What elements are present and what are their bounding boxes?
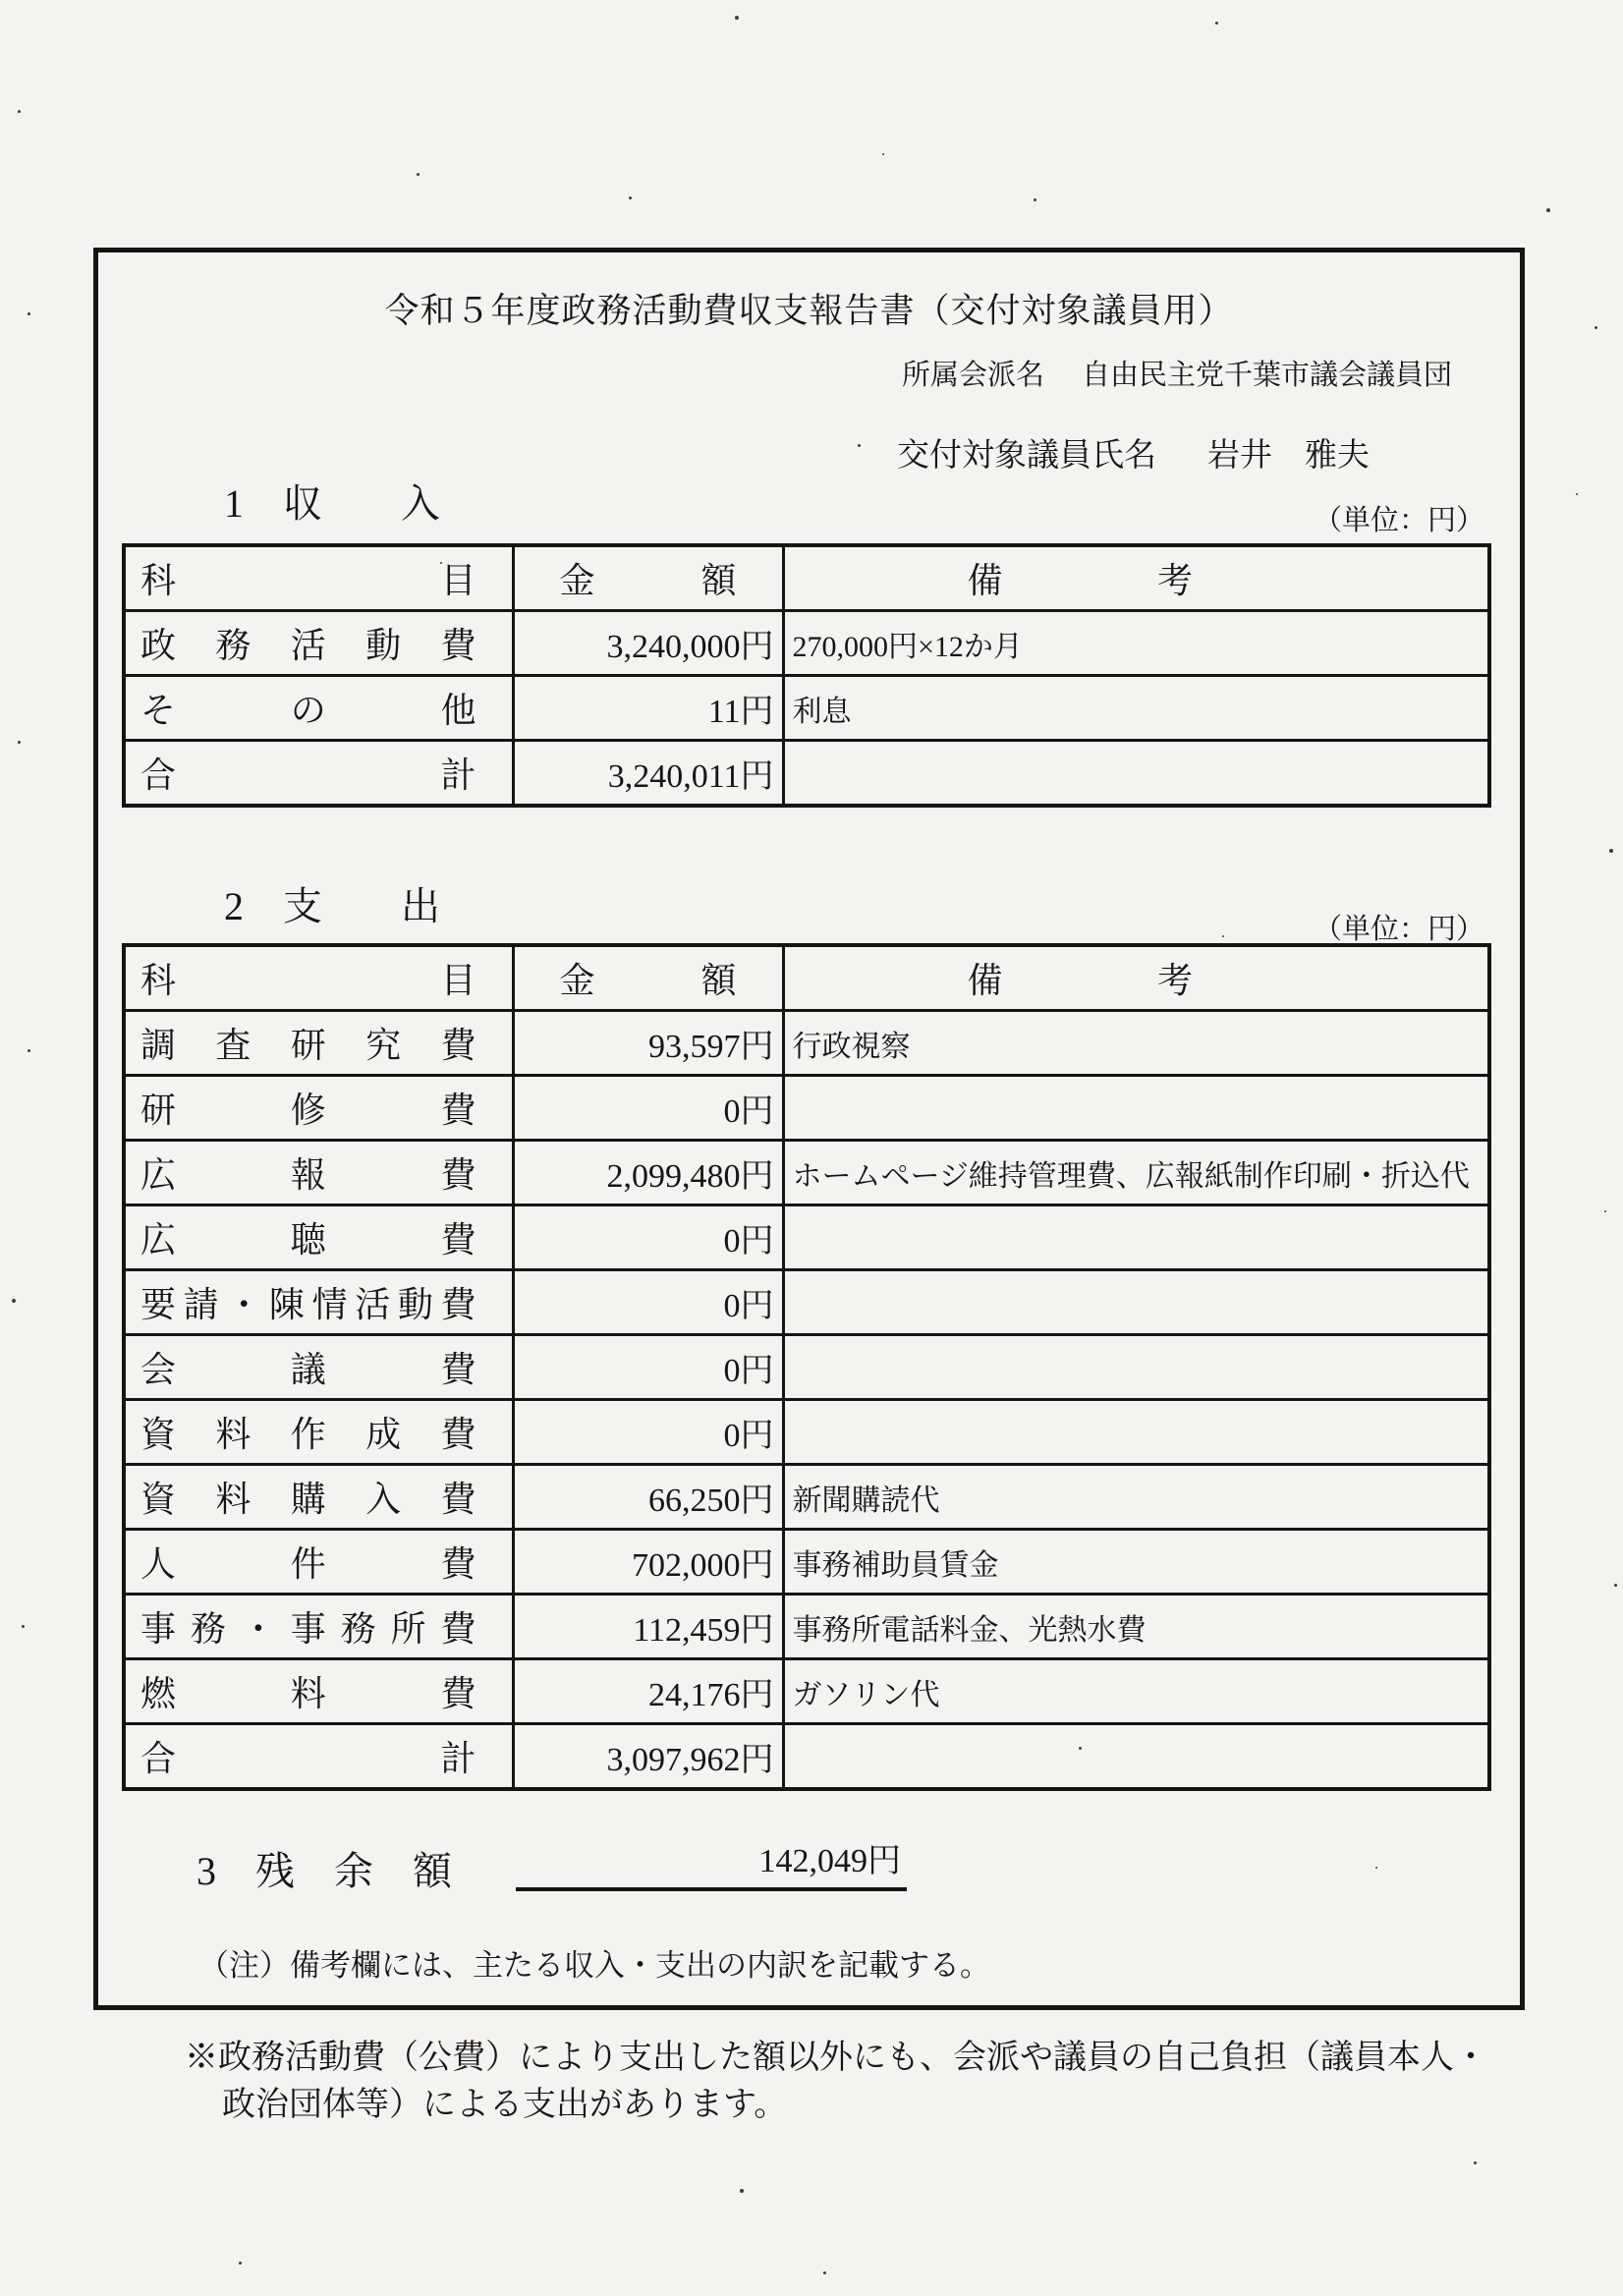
expense-row-item: 燃料費 bbox=[124, 1659, 513, 1724]
table-row: 要請・陳情活動費 0円 bbox=[124, 1270, 1489, 1335]
remainder-value: 142,049円 bbox=[516, 1836, 907, 1891]
table-row: 会議費 0円 bbox=[124, 1335, 1489, 1400]
income-row-note: 利息 bbox=[783, 676, 1489, 741]
table-row: 広聴費 0円 bbox=[124, 1205, 1489, 1270]
expense-row-amount: 2,099,480円 bbox=[513, 1141, 783, 1205]
table-row: 合計 3,240,011円 bbox=[124, 741, 1489, 807]
expense-row-note bbox=[783, 1335, 1489, 1400]
expense-row-note: 新聞購読代 bbox=[783, 1465, 1489, 1530]
report-title: 令和５年度政務活動費収支報告書（交付対象議員用） bbox=[98, 284, 1520, 333]
expense-row-amount: 24,176円 bbox=[513, 1659, 783, 1724]
table-row: 研修費 0円 bbox=[124, 1076, 1489, 1141]
income-header-row: 科目 金額 備考 bbox=[124, 545, 1489, 611]
report-border-box: 令和５年度政務活動費収支報告書（交付対象議員用） 所属会派名 自由民主党千葉市議… bbox=[93, 248, 1525, 2010]
expense-row-item: 資料作成費 bbox=[124, 1400, 513, 1465]
expense-row-note bbox=[783, 1270, 1489, 1335]
expense-row-item: 調査研究費 bbox=[124, 1011, 513, 1076]
section-heading-income: 1 収 入 bbox=[224, 473, 440, 529]
faction-line: 所属会派名 自由民主党千葉市議会議員団 bbox=[902, 353, 1452, 393]
expense-row-note bbox=[783, 1400, 1489, 1465]
expense-row-item: 人件費 bbox=[124, 1530, 513, 1595]
income-row-item: 合計 bbox=[124, 741, 513, 807]
income-table: 科目 金額 備考 政務活動費 3,240,000円 270,000円×12か月 … bbox=[122, 543, 1491, 808]
expense-row-amount: 702,000円 bbox=[513, 1530, 783, 1595]
income-row-note: 270,000円×12か月 bbox=[783, 611, 1489, 676]
member-line: 交付対象議員氏名 岩井 雅夫 bbox=[897, 429, 1370, 476]
expense-row-item: 資料購入費 bbox=[124, 1465, 513, 1530]
expense-row-item: 広報費 bbox=[124, 1141, 513, 1205]
member-label: 交付対象議員氏名 bbox=[897, 429, 1156, 476]
table-row: 合計 3,097,962円 bbox=[124, 1724, 1489, 1790]
expense-row-item: 研修費 bbox=[124, 1076, 513, 1141]
expense-row-amount: 0円 bbox=[513, 1205, 783, 1270]
section-heading-remainder: 3 残 余 額 bbox=[196, 1840, 452, 1896]
income-row-amount: 3,240,000円 bbox=[513, 611, 783, 676]
expense-table: 科目 金額 備考 調査研究費 93,597円 行政視察 研修費 0円 広報費 2… bbox=[122, 943, 1491, 1791]
expense-row-item: 広聴費 bbox=[124, 1205, 513, 1270]
footnote-line-2: 政治団体等）による支出があります。 bbox=[222, 2077, 787, 2125]
expense-row-amount: 0円 bbox=[513, 1335, 783, 1400]
expense-row-item: 合計 bbox=[124, 1724, 513, 1790]
expense-row-amount: 3,097,962円 bbox=[513, 1724, 783, 1790]
income-row-amount: 3,240,011円 bbox=[513, 741, 783, 807]
expense-col-header-amount: 金額 bbox=[513, 945, 783, 1011]
table-row: 人件費 702,000円 事務補助員賃金 bbox=[124, 1530, 1489, 1595]
table-row: その他 11円 利息 bbox=[124, 676, 1489, 741]
member-value: 岩井 雅夫 bbox=[1207, 429, 1370, 476]
expense-row-note: ガソリン代 bbox=[783, 1659, 1489, 1724]
expense-col-header-item: 科目 bbox=[124, 945, 513, 1011]
expense-row-note: 行政視察 bbox=[783, 1011, 1489, 1076]
expense-row-amount: 93,597円 bbox=[513, 1011, 783, 1076]
expense-row-note: 事務所電話料金、光熱水費 bbox=[783, 1595, 1489, 1659]
inner-note: （注）備考欄には、主たる収入・支出の内訳を記載する。 bbox=[198, 1940, 990, 1985]
table-row: 広報費 2,099,480円 ホームページ維持管理費、広報紙制作印刷・折込代 bbox=[124, 1141, 1489, 1205]
expense-row-amount: 0円 bbox=[513, 1270, 783, 1335]
unit-note-income: （単位：円） bbox=[1314, 498, 1484, 538]
expense-row-amount: 0円 bbox=[513, 1076, 783, 1141]
scanned-report-page: { "colors": { "ink": "#161616", "paper":… bbox=[0, 0, 1623, 2296]
expense-row-item: 会議費 bbox=[124, 1335, 513, 1400]
faction-label: 所属会派名 bbox=[902, 353, 1044, 393]
expense-header-row: 科目 金額 備考 bbox=[124, 945, 1489, 1011]
expense-row-note bbox=[783, 1076, 1489, 1141]
unit-note-expense: （単位：円） bbox=[1314, 907, 1484, 947]
table-row: 燃料費 24,176円 ガソリン代 bbox=[124, 1659, 1489, 1724]
expense-row-item: 要請・陳情活動費 bbox=[124, 1270, 513, 1335]
income-col-header-item: 科目 bbox=[124, 545, 513, 611]
expense-row-note bbox=[783, 1205, 1489, 1270]
table-row: 調査研究費 93,597円 行政視察 bbox=[124, 1011, 1489, 1076]
expense-row-amount: 112,459円 bbox=[513, 1595, 783, 1659]
expense-row-amount: 0円 bbox=[513, 1400, 783, 1465]
expense-row-note bbox=[783, 1724, 1489, 1790]
income-row-item: その他 bbox=[124, 676, 513, 741]
expense-row-note: ホームページ維持管理費、広報紙制作印刷・折込代 bbox=[783, 1141, 1489, 1205]
footnote-line-1: ※政務活動費（公費）により支出した額以外にも、会派や議員の自己負担（議員本人・ bbox=[185, 2030, 1487, 2078]
income-col-header-amount: 金額 bbox=[513, 545, 783, 611]
income-row-note bbox=[783, 741, 1489, 807]
table-row: 資料作成費 0円 bbox=[124, 1400, 1489, 1465]
expense-row-item: 事務・事務所費 bbox=[124, 1595, 513, 1659]
expense-row-note: 事務補助員賃金 bbox=[783, 1530, 1489, 1595]
table-row: 政務活動費 3,240,000円 270,000円×12か月 bbox=[124, 611, 1489, 676]
table-row: 資料購入費 66,250円 新聞購読代 bbox=[124, 1465, 1489, 1530]
income-row-item: 政務活動費 bbox=[124, 611, 513, 676]
expense-row-amount: 66,250円 bbox=[513, 1465, 783, 1530]
income-col-header-note: 備考 bbox=[783, 545, 1489, 611]
faction-value: 自由民主党千葉市議会議員団 bbox=[1082, 353, 1452, 393]
income-row-amount: 11円 bbox=[513, 676, 783, 741]
section-heading-expense: 2 支 出 bbox=[224, 875, 440, 931]
table-row: 事務・事務所費 112,459円 事務所電話料金、光熱水費 bbox=[124, 1595, 1489, 1659]
expense-col-header-note: 備考 bbox=[783, 945, 1489, 1011]
